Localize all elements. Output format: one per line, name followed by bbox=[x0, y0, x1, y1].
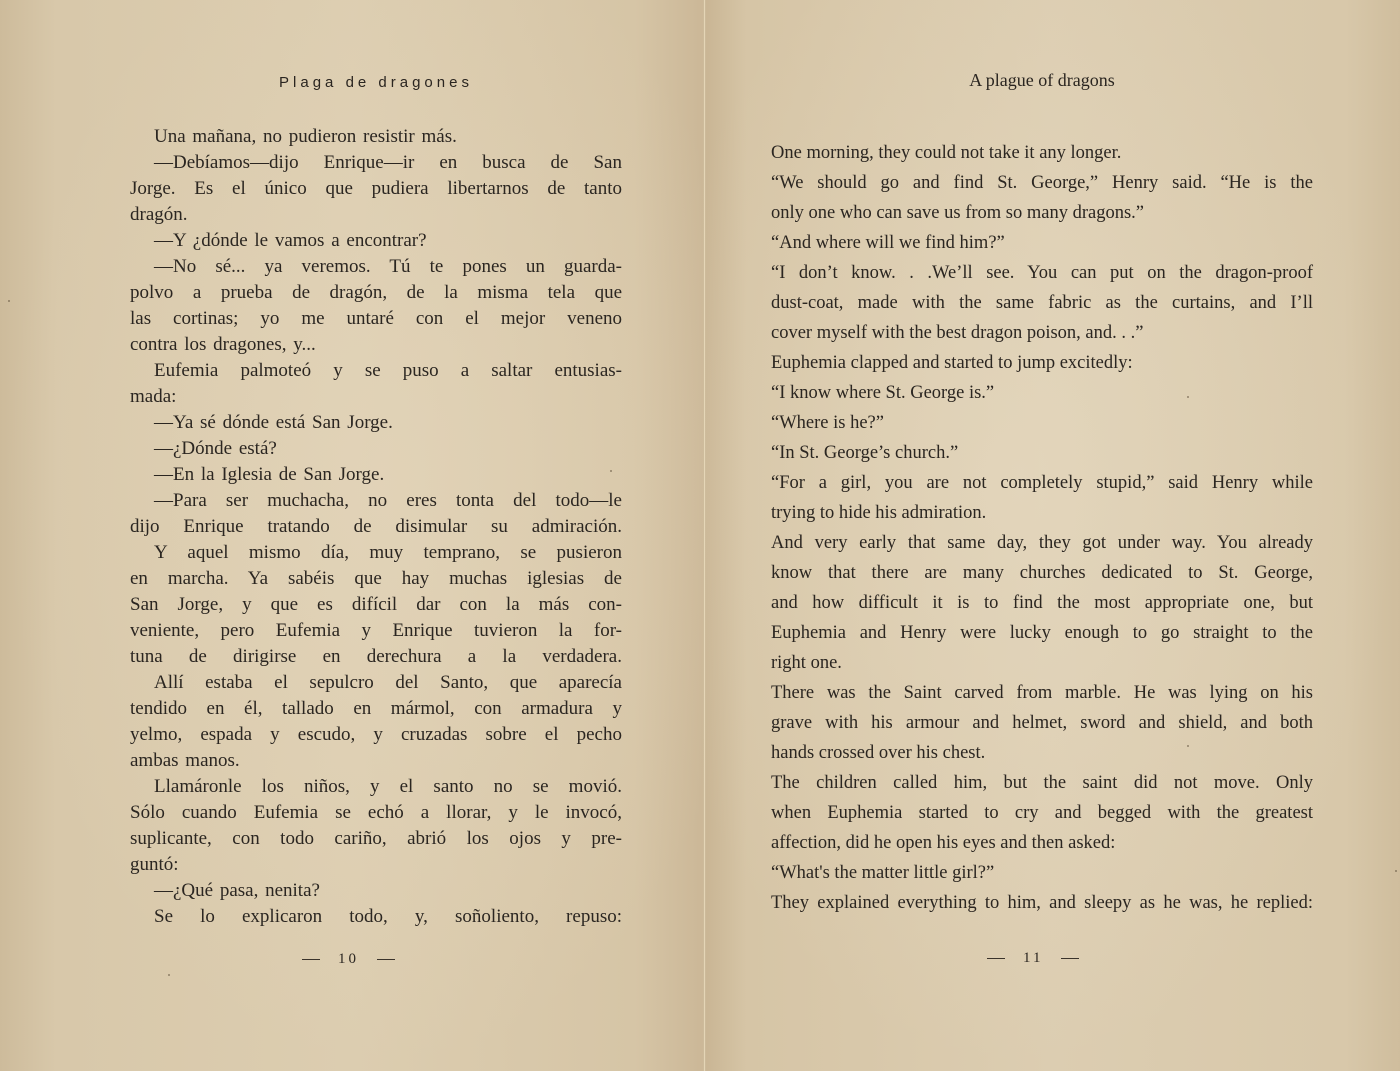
text-line: Una mañana, no pudieron resistir más. bbox=[130, 124, 622, 150]
text-line: only one who can save us from so many dr… bbox=[771, 198, 1313, 228]
text-line: They explained everything to him, and sl… bbox=[771, 888, 1313, 918]
folio-dash bbox=[1061, 958, 1079, 959]
book-spread: Plaga de dragones Una mañana, no pudiero… bbox=[0, 0, 1400, 1071]
text-line: And very early that same day, they got u… bbox=[771, 528, 1313, 558]
left-page-spanish: Plaga de dragones Una mañana, no pudiero… bbox=[0, 0, 705, 1071]
right-page-english: A plague of dragons One morning, they co… bbox=[705, 0, 1400, 1071]
text-line: —Ya sé dónde está San Jorge. bbox=[130, 410, 622, 436]
left-page-body: Una mañana, no pudieron resistir más.—De… bbox=[130, 124, 622, 930]
text-line: Jorge. Es el único que pudiera libertarn… bbox=[130, 176, 622, 202]
text-line: en marcha. Ya sabéis que hay muchas igle… bbox=[130, 566, 622, 592]
text-line: Sólo cuando Eufemia se echó a llorar, y … bbox=[130, 800, 622, 826]
paper-speck bbox=[8, 300, 10, 302]
text-line: There was the Saint carved from marble. … bbox=[771, 678, 1313, 708]
text-line: “And where will we find him?” bbox=[771, 228, 1313, 258]
page-number-value: 10 bbox=[338, 951, 359, 968]
text-line: yelmo, espada y escudo, y cruzadas sobre… bbox=[130, 722, 622, 748]
right-page-body: One morning, they could not take it any … bbox=[771, 138, 1313, 918]
paper-speck bbox=[1187, 396, 1189, 398]
text-line: —Debíamos—dijo Enrique—ir en busca de Sa… bbox=[130, 150, 622, 176]
text-line: Eufemia palmoteó y se puso a saltar entu… bbox=[130, 358, 622, 384]
text-line: tendido en él, tallado en mármol, con ar… bbox=[130, 696, 622, 722]
text-line: “I know where St. George is.” bbox=[771, 378, 1313, 408]
text-line: and how difficult it is to find the most… bbox=[771, 588, 1313, 618]
text-line: tuna de dirigirse en derechura a la verd… bbox=[130, 644, 622, 670]
text-line: when Euphemia started to cry and begged … bbox=[771, 798, 1313, 828]
folio-dash bbox=[987, 958, 1005, 959]
text-line: “In St. George’s church.” bbox=[771, 438, 1313, 468]
text-line: San Jorge, y que es difícil dar con la m… bbox=[130, 592, 622, 618]
folio-dash bbox=[377, 959, 395, 960]
text-line: hands crossed over his chest. bbox=[771, 738, 1313, 768]
text-line: dust-coat, made with the same fabric as … bbox=[771, 288, 1313, 318]
text-line: Allí estaba el sepulcro del Santo, que a… bbox=[130, 670, 622, 696]
text-line: right one. bbox=[771, 648, 1313, 678]
text-line: “We should go and find St. George,” Henr… bbox=[771, 168, 1313, 198]
text-line: One morning, they could not take it any … bbox=[771, 138, 1313, 168]
text-line: contra los dragones, y... bbox=[130, 332, 622, 358]
text-line: veniente, pero Eufemia y Enrique tuviero… bbox=[130, 618, 622, 644]
text-line: affection, did he open his eyes and then… bbox=[771, 828, 1313, 858]
text-line: Llamáronle los niños, y el santo no se m… bbox=[130, 774, 622, 800]
text-line: dijo Enrique tratando de disimular su ad… bbox=[130, 514, 622, 540]
text-line: ambas manos. bbox=[130, 748, 622, 774]
running-head-left: Plaga de dragones bbox=[130, 74, 622, 91]
text-line: —¿Qué pasa, nenita? bbox=[130, 878, 622, 904]
text-line: dragón. bbox=[130, 202, 622, 228]
page-number-right: 11 bbox=[987, 950, 1079, 967]
text-line: —Para ser muchacha, no eres tonta del to… bbox=[130, 488, 622, 514]
text-line: Se lo explicaron todo, y, soñoliento, re… bbox=[130, 904, 622, 930]
text-line: grave with his armour and helmet, sword … bbox=[771, 708, 1313, 738]
text-line: cover myself with the best dragon poison… bbox=[771, 318, 1313, 348]
running-head-right: A plague of dragons bbox=[771, 70, 1313, 91]
text-line: “I don’t know. . .We’ll see. You can put… bbox=[771, 258, 1313, 288]
paper-speck bbox=[1187, 745, 1189, 747]
text-line: guntó: bbox=[130, 852, 622, 878]
text-line: The children called him, but the saint d… bbox=[771, 768, 1313, 798]
book-gutter bbox=[703, 0, 706, 1071]
folio-dash bbox=[302, 959, 320, 960]
text-line: suplicante, con todo cariño, abrió los o… bbox=[130, 826, 622, 852]
text-line: polvo a prueba de dragón, de la misma te… bbox=[130, 280, 622, 306]
paper-speck bbox=[1395, 870, 1397, 872]
paper-speck bbox=[168, 974, 170, 976]
text-line: Y aquel mismo día, muy temprano, se pusi… bbox=[130, 540, 622, 566]
text-line: —No sé... ya veremos. Tú te pones un gua… bbox=[130, 254, 622, 280]
page-number-value: 11 bbox=[1023, 950, 1043, 967]
text-line: “What's the matter little girl?” bbox=[771, 858, 1313, 888]
paper-speck bbox=[610, 470, 612, 472]
text-line: —En la Iglesia de San Jorge. bbox=[130, 462, 622, 488]
text-line: “For a girl, you are not completely stup… bbox=[771, 468, 1313, 498]
text-line: know that there are many churches dedica… bbox=[771, 558, 1313, 588]
text-line: Euphemia clapped and started to jump exc… bbox=[771, 348, 1313, 378]
text-line: mada: bbox=[130, 384, 622, 410]
text-line: Euphemia and Henry were lucky enough to … bbox=[771, 618, 1313, 648]
text-line: las cortinas; yo me untaré con el mejor … bbox=[130, 306, 622, 332]
text-line: “Where is he?” bbox=[771, 408, 1313, 438]
page-number-left: 10 bbox=[302, 951, 395, 968]
text-line: —Y ¿dónde le vamos a encontrar? bbox=[130, 228, 622, 254]
text-line: —¿Dónde está? bbox=[130, 436, 622, 462]
text-line: trying to hide his admiration. bbox=[771, 498, 1313, 528]
